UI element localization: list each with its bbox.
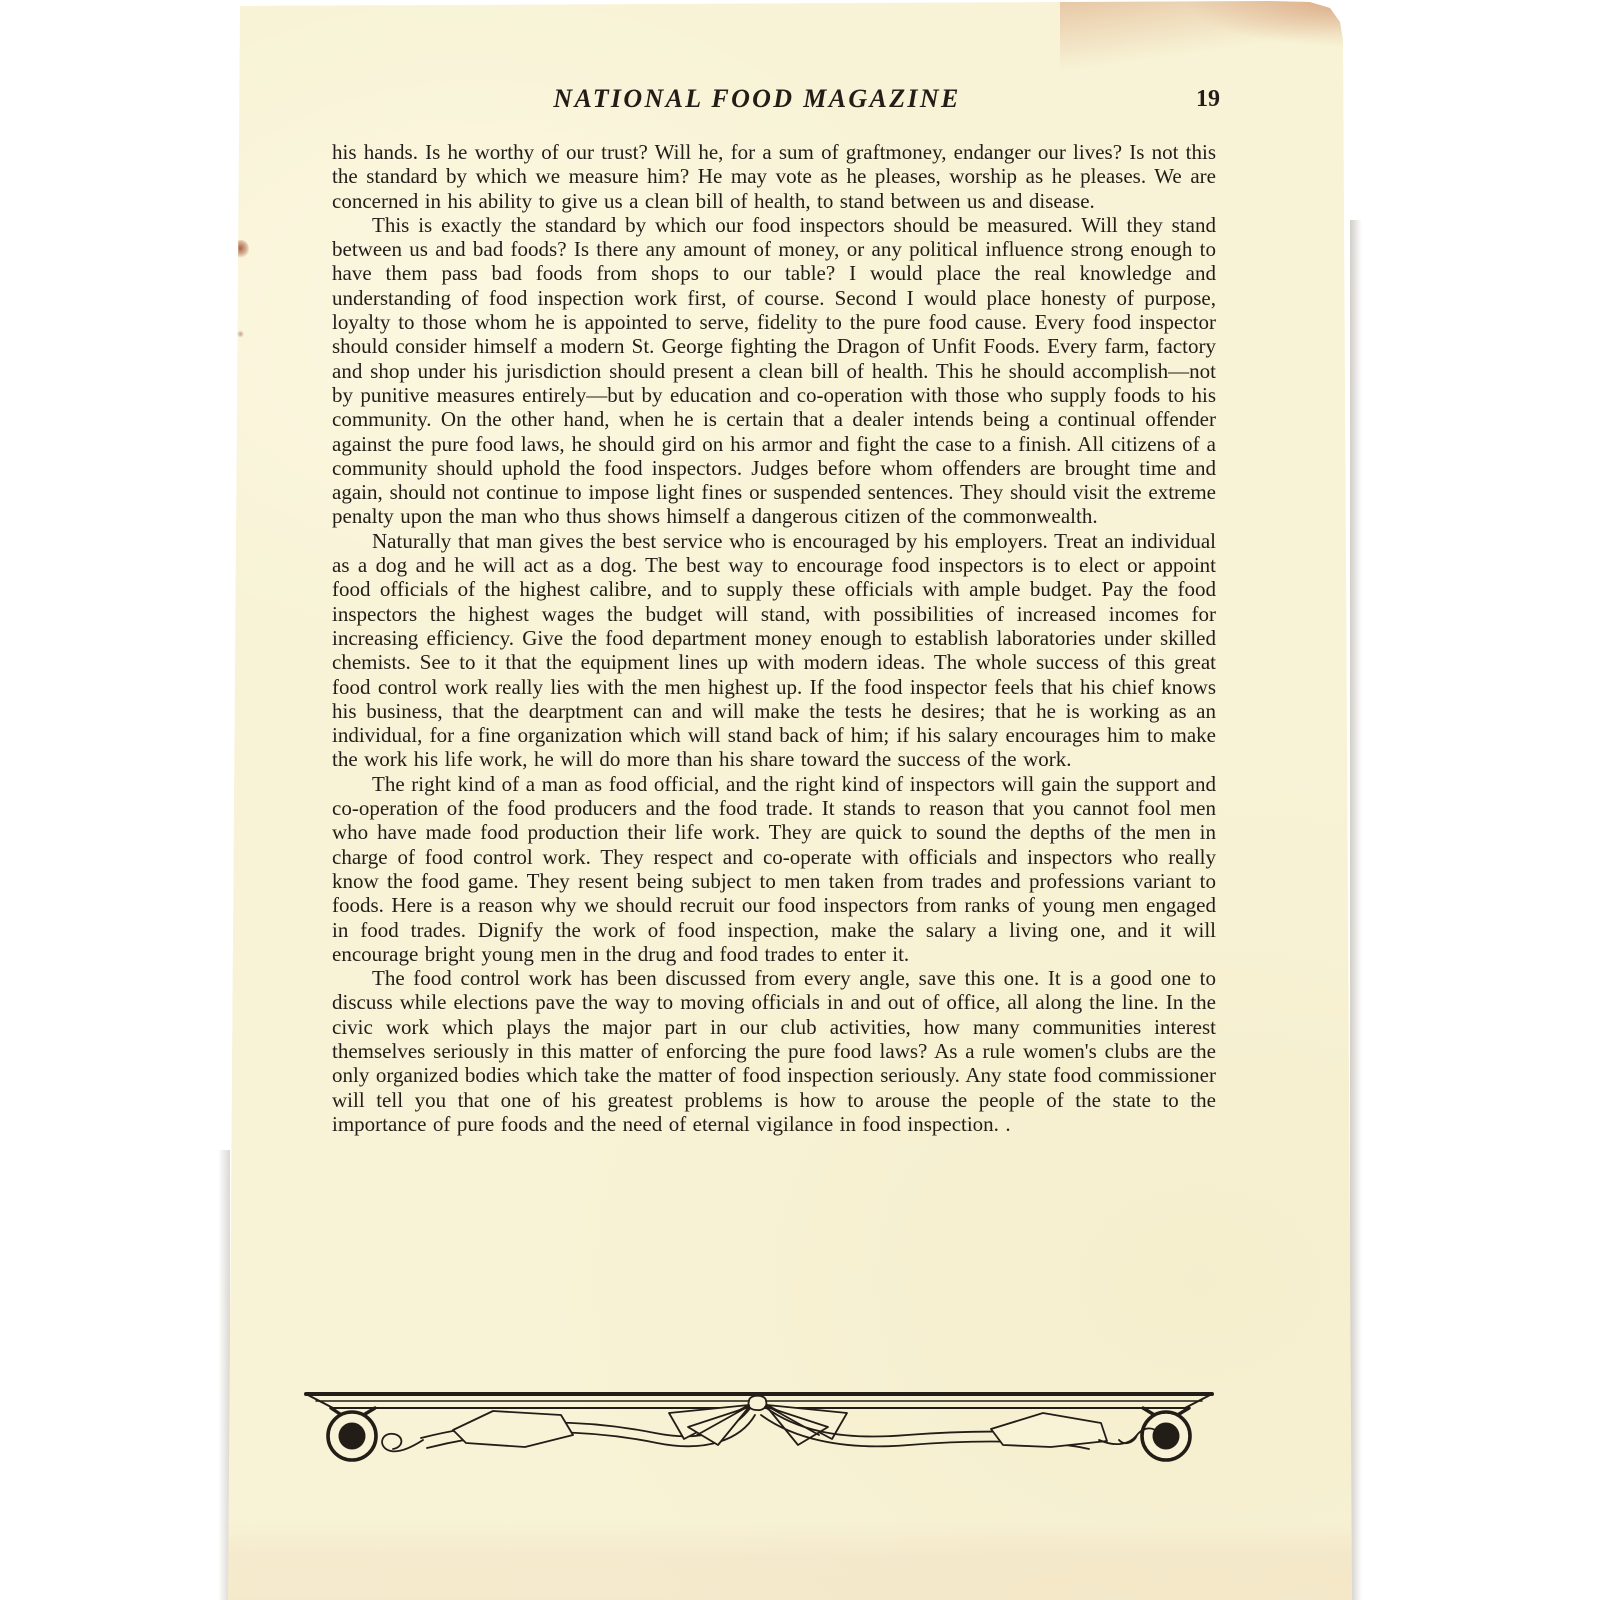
paragraph: his hands. Is he worthy of our trust? Wi… bbox=[332, 140, 1216, 213]
page-number: 19 bbox=[1196, 86, 1220, 113]
page-edge-shadow-right bbox=[1350, 220, 1362, 1600]
aged-corner-discoloration bbox=[1060, 0, 1360, 90]
page-edge-shadow-left bbox=[218, 1150, 230, 1600]
foxing-stain bbox=[233, 240, 249, 258]
ribbon-rule-ornament-icon bbox=[303, 1383, 1215, 1479]
article-text-column: his hands. Is he worthy of our trust? Wi… bbox=[332, 140, 1216, 1136]
paragraph: This is exactly the standard by which ou… bbox=[332, 213, 1216, 529]
scan-artifact-band bbox=[228, 1520, 1354, 1600]
ribbon-drapery-icon bbox=[382, 1396, 1158, 1452]
running-title: NATIONAL FOOD MAGAZINE bbox=[332, 84, 1182, 114]
paragraph: Naturally that man gives the best servic… bbox=[332, 529, 1216, 772]
scanned-page-canvas: NATIONAL FOOD MAGAZINE 19 his hands. Is … bbox=[0, 0, 1600, 1600]
foxing-speck bbox=[237, 330, 244, 338]
paragraph: The food control work has been discussed… bbox=[332, 966, 1216, 1136]
paragraph: The right kind of a man as food official… bbox=[332, 772, 1216, 966]
